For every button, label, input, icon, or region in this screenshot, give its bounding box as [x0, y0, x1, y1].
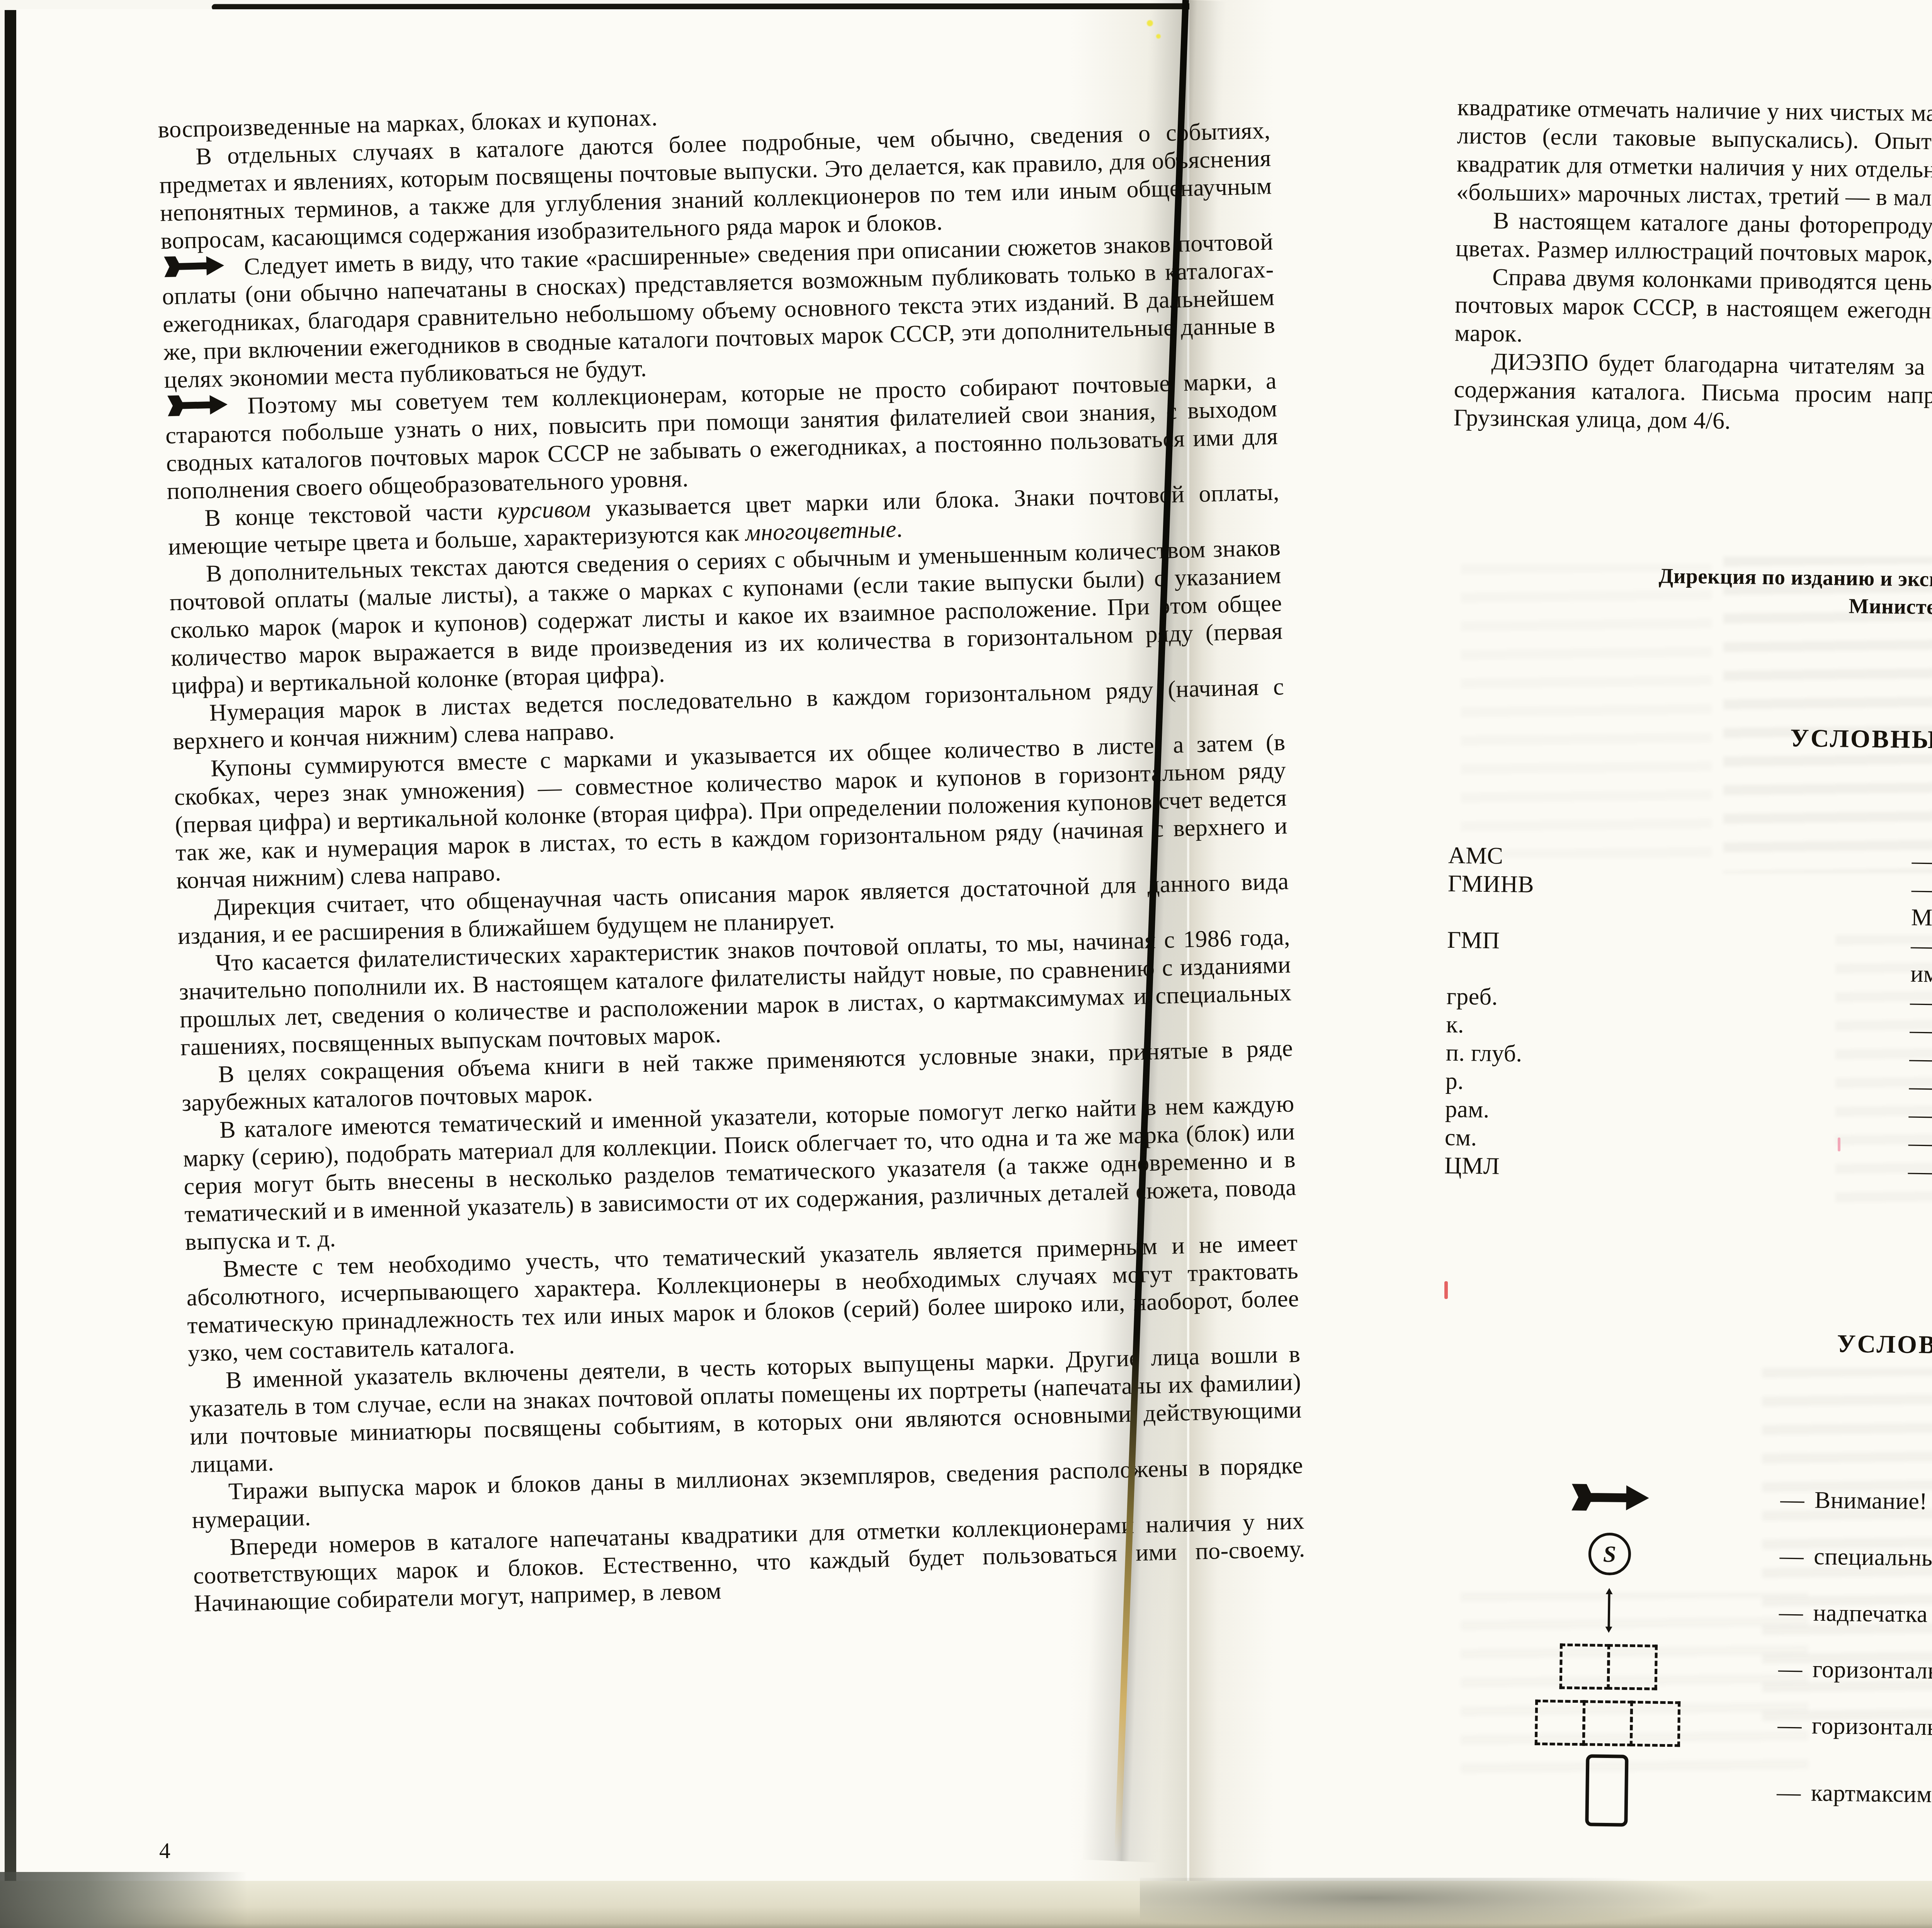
- legend-label: —горизонтальная пара (тройка) зубцовых м…: [1778, 1655, 1932, 1692]
- book-spread-photo: воспроизведенные на марках, блоках и куп…: [0, 0, 1932, 1928]
- attention-arrow-icon: [1570, 1482, 1651, 1514]
- paragraph: Справа двумя колонками приводятся цены н…: [1454, 263, 1932, 360]
- paragraph: квадратике отмечать наличие у них чистых…: [1456, 94, 1932, 219]
- abbreviations-title: УСЛОВНЫЕ СОКРАЩЕНИЯ: [1449, 719, 1932, 763]
- overprint-icon: [1603, 1588, 1615, 1633]
- paragraph-text: Купоны суммируются вместе с марками и ук…: [174, 729, 1287, 894]
- bottom-gutter-shadow: [1140, 1878, 1719, 1928]
- dash: —: [1911, 932, 1932, 959]
- paragraph-text: Следует иметь в виду, что такие «расшире…: [162, 229, 1276, 393]
- italic-word: многоцветные: [745, 516, 897, 546]
- pink-speck: [1838, 1137, 1840, 1151]
- right-page-text: квадратике отмечать наличие у них чистых…: [1436, 94, 1932, 1868]
- dash: —: [1777, 1779, 1801, 1806]
- dash: —: [1912, 848, 1932, 875]
- legend-row: —картмаксимум: [1436, 1753, 1932, 1838]
- dash: —: [1909, 1073, 1932, 1100]
- paragraph-with-attention-marker: Следует иметь в виду, что такие «расшире…: [161, 228, 1276, 394]
- maxicard-icon: [1585, 1754, 1628, 1826]
- legend-row: —надпечатка: [1439, 1583, 1932, 1647]
- legend-label: —надпечатка: [1779, 1598, 1932, 1636]
- legend-row: S —специальный почтовый штемпель: [1439, 1527, 1932, 1590]
- paragraph: В дополнительных текстах даются сведения…: [168, 534, 1284, 700]
- paragraph-text: .: [896, 516, 903, 542]
- paragraph-text: В дополнительных текстах даются сведения…: [169, 534, 1283, 699]
- legend-label: —горизонтальная полоска зубцовых марок: [1777, 1711, 1932, 1748]
- paragraph-text: В конце текстовой части: [204, 498, 498, 531]
- attention-arrow-icon: [159, 392, 236, 418]
- legend-row: —Внимание! Это следует знать: [1440, 1471, 1932, 1534]
- legend-row: —горизонтальная полоска зубцовых марок: [1437, 1696, 1932, 1760]
- legend-label: —Внимание! Это следует знать: [1780, 1486, 1932, 1523]
- horizontal-strip-icon: [1535, 1700, 1680, 1747]
- paragraph-text: ДИЭЗПО будет благодарна читателям за пре…: [1453, 349, 1932, 434]
- symbols-title: УСЛОВНЫЕ ЗНАКИ: [1442, 1324, 1932, 1368]
- abbr-definition: —Центральный музей В. И. Ленина. Москва: [1908, 1157, 1932, 1193]
- page-number-left: 4: [159, 1838, 170, 1863]
- dash: —: [1779, 1543, 1804, 1569]
- signature-line: Министерства связи СССР: [1451, 587, 1932, 628]
- attention-arrow-icon: [158, 253, 233, 279]
- symbols-legend: —Внимание! Это следует знать S —специаль…: [1436, 1471, 1932, 1838]
- paragraph-text: квадратике отмечать наличие у них чистых…: [1456, 94, 1932, 213]
- abbr-term: ГМП: [1447, 926, 1911, 960]
- abbr-definition: —Государственный музей искусства народов…: [1911, 876, 1932, 939]
- abbr-term: ГМИНВ: [1448, 870, 1912, 904]
- legend-row: —горизонтальная пара (тройка) зубцовых м…: [1438, 1640, 1932, 1703]
- legend-label: —картмаксимум: [1777, 1778, 1932, 1816]
- dash: —: [1908, 1130, 1932, 1156]
- dash: —: [1777, 1712, 1802, 1739]
- italic-word: курсивом: [497, 496, 591, 524]
- dash: —: [1912, 876, 1932, 903]
- special-postmark-icon: S: [1588, 1532, 1631, 1575]
- yellow-speck: [1147, 20, 1153, 26]
- paragraph: Купоны суммируются вместе с марками и ук…: [173, 728, 1288, 894]
- dash: —: [1910, 989, 1932, 1015]
- dash: —: [1779, 1599, 1803, 1626]
- book-cover-left-edge: [5, 10, 16, 1882]
- abbreviations-list: АМС—автоматическая межпланетная станция …: [1444, 842, 1932, 1193]
- paragraph-text: В каталоге имеются тематический и именно…: [183, 1091, 1296, 1255]
- abbr-term: ЦМЛ: [1444, 1152, 1908, 1186]
- dash: —: [1908, 1102, 1932, 1128]
- paragraph: ДИЭЗПО будет благодарна читателям за пре…: [1453, 347, 1932, 445]
- horizontal-pair-icon: [1559, 1644, 1657, 1690]
- dash: —: [1780, 1486, 1804, 1513]
- dash: —: [1778, 1656, 1803, 1682]
- paragraph-text: Справа двумя колонками приводятся цены н…: [1454, 264, 1932, 347]
- publisher-signature: Дирекция по изданию и экспедированию зна…: [1451, 559, 1932, 628]
- bottom-left-shadow: [0, 1872, 247, 1928]
- abbreviation-row: ЦМЛ—Центральный музей В. И. Ленина. Моск…: [1444, 1152, 1932, 1193]
- dash: —: [1908, 1158, 1932, 1185]
- dash: —: [1909, 1045, 1932, 1072]
- abbr-definition: —Государственный музей изобразительных и…: [1910, 932, 1932, 995]
- red-speck: [1444, 1281, 1448, 1299]
- dash: —: [1910, 1017, 1932, 1044]
- paragraph: В каталоге имеются тематический и именно…: [182, 1090, 1297, 1256]
- legend-label: —специальный почтовый штемпель: [1779, 1542, 1932, 1579]
- left-page-text: воспроизведенные на марках, блоках и куп…: [158, 89, 1312, 1846]
